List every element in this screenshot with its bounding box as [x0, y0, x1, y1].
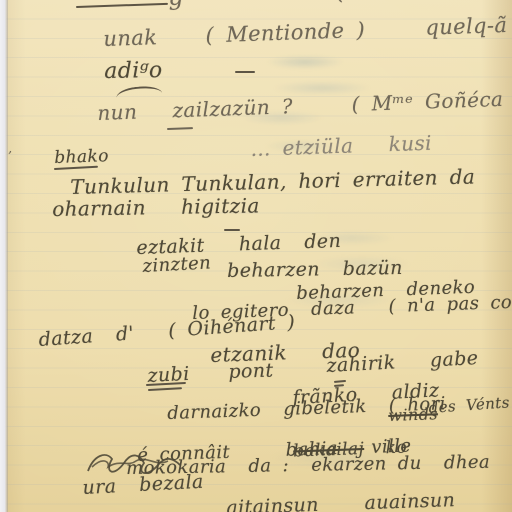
dash-mark-adigo — [235, 71, 255, 73]
handwriting-line-zinzten: zinzten — [142, 252, 212, 277]
scanner-edge — [0, 0, 8, 512]
handwriting-line-pont: pont — [228, 359, 274, 383]
handwriting-line-beharzen-bazun: beharzen bazün — [227, 257, 403, 282]
handwriting-line-bhako: bhako — [54, 146, 109, 168]
handwriting-line-adigo: adiᵍo — [104, 58, 163, 84]
dash-mark-hala — [224, 229, 240, 231]
scribble-mark — [84, 447, 184, 479]
edge-mark: ’ — [8, 149, 12, 163]
scanned-page: g ( ) g g unak ( Mentionde ) quelq-ã Men… — [0, 0, 512, 512]
handwriting-line-oharnain: oharnain higitzia — [52, 193, 260, 221]
handwriting-line-zubi: zubi — [147, 363, 190, 387]
